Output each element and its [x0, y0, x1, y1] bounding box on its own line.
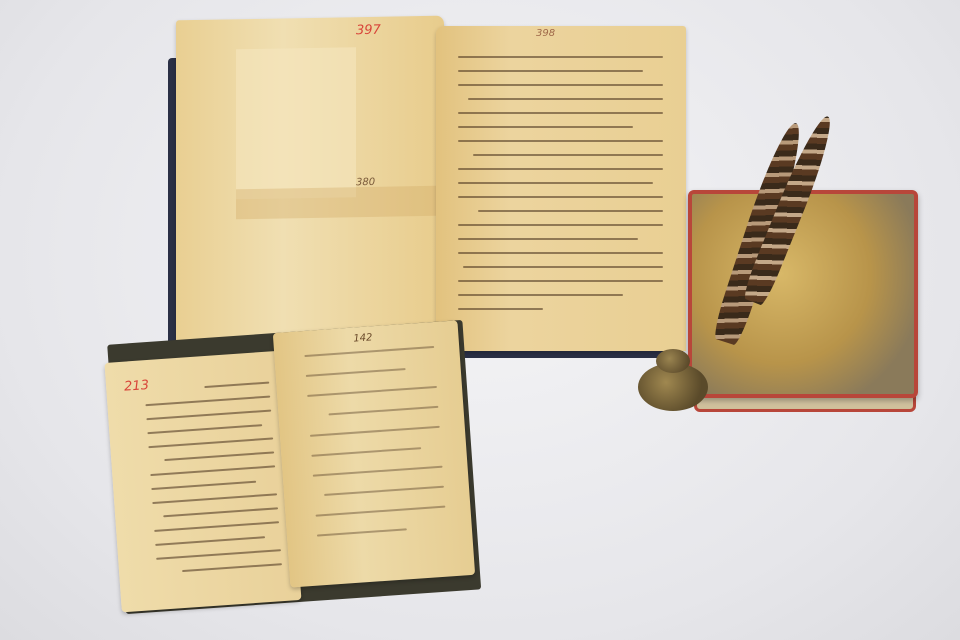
handwritten-text — [304, 346, 448, 555]
large-book-right-page: 398 — [436, 26, 686, 351]
handwritten-text — [144, 382, 283, 590]
left-page-footer-number: 380 — [356, 177, 375, 188]
left-page-number: 397 — [356, 23, 381, 38]
small-right-page-number: 142 — [353, 332, 373, 344]
feather-quill — [690, 92, 800, 352]
large-open-book: 397 380 398 — [168, 18, 688, 358]
small-book-right-page: 142 — [273, 320, 475, 587]
right-page-number: 398 — [536, 28, 555, 39]
large-book-left-page: 397 380 — [176, 16, 444, 351]
small-open-book: 213 142 — [103, 310, 487, 620]
small-book-left-page: 213 — [104, 350, 301, 612]
brass-inkwell — [638, 345, 708, 413]
handwritten-text — [458, 56, 663, 326]
